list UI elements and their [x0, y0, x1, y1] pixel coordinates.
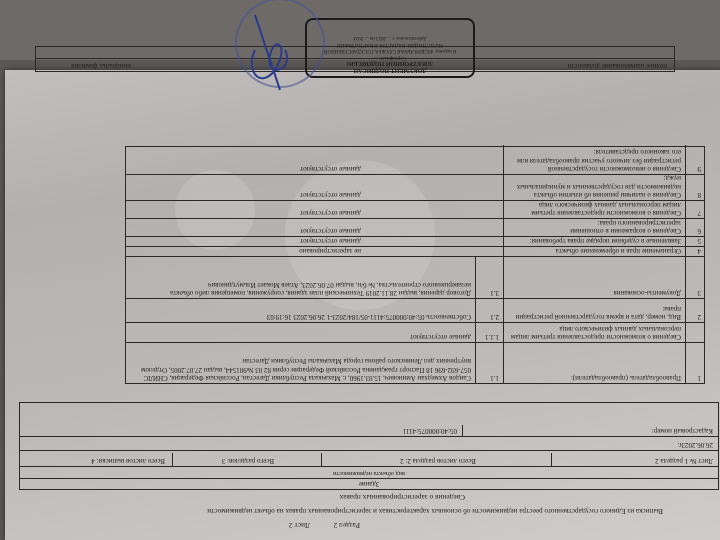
table-row: 3Документы-основания3.1Договор дарения, … [126, 257, 704, 299]
row-value: данные отсутствуют [126, 175, 364, 200]
table-row: 9Сведения о невозможности государственно… [126, 145, 704, 175]
document-title: Выписка из Единого государственного реес… [207, 507, 663, 515]
row-label: Сведения о возможности предоставления тр… [509, 201, 684, 218]
row-subnumber: 2.1 [476, 299, 502, 322]
sheets-total: Всего листов выписки: 4 [20, 453, 168, 466]
row-value: Собственность 05:40:000075:4111-05/184/2… [126, 299, 474, 322]
row-number: 7 [686, 201, 704, 218]
e-sign-sub: ЭЛЕКТРОННОЙ ПОДПИСЬЮ [313, 60, 467, 67]
table-row: 1Правообладатель (правообладатели):1.1Са… [126, 343, 704, 383]
row-value: данные отсутствуют [126, 201, 364, 218]
row-number [686, 323, 704, 342]
row-label: Вид, номер, дата и время государственной… [504, 299, 684, 322]
row-label: Сведения о возражении в отношении зареги… [509, 219, 684, 236]
e-signature-box: ДОКУМЕНТ ПОДПИСАН ЭЛЕКТРОННОЙ ПОДПИСЬЮ С… [305, 18, 475, 78]
row-value: данные отсутствуют [126, 145, 364, 174]
row-value: Саидов Ахмедхан Аминович, 15.03.1960, г.… [126, 343, 474, 383]
table-row: 2Вид, номер, дата и время государственно… [126, 299, 704, 323]
object-type: Здание [20, 479, 718, 489]
row-number: 3 [686, 257, 704, 298]
document-subtitle: Сведения о зарегистрированных правах [340, 493, 466, 502]
row-number: 2 [686, 299, 704, 322]
cadastral-number: 05:40:000075:4111 [20, 425, 460, 436]
table-row: 5Заявленные в судебном порядке права тре… [126, 237, 704, 247]
extract-date: 26.06.2023г. [516, 439, 716, 450]
row-subnumber: 1.1 [476, 343, 502, 383]
position-label: полное наименование должности [470, 59, 670, 71]
cert-line: Владелец: ФЕДЕРАЛЬНАЯ СЛУЖБА ГОСУДАРСТВЕ… [313, 47, 467, 54]
section-label: Раздел 2 [334, 521, 360, 530]
row-label: Сведения о возможности предоставления тр… [504, 323, 684, 342]
handwritten-signature-icon [235, 10, 315, 100]
row-number: 1 [686, 343, 704, 383]
row-label: Ограничение прав и обременение объекта н… [509, 247, 684, 256]
row-value: не зарегистрировано [126, 247, 364, 256]
table-row: 6Сведения о возражении в отношении зарег… [126, 219, 704, 237]
row-label: Документы-основания [504, 257, 684, 298]
row-value: данные отсутствуют [126, 219, 364, 236]
table-row: 8Сведения о наличии решения об изъятии о… [126, 175, 704, 201]
sheets-in-section: Всего листов раздела 2: 2 [328, 453, 548, 466]
row-number: 8 [686, 175, 704, 200]
row-label: Сведения о невозможности государственной… [509, 145, 684, 174]
row-value: данные отсутствуют [126, 237, 364, 246]
cert-line: Сертификат: ... [313, 54, 467, 61]
row-subnumber: 3.1 [476, 257, 502, 298]
sheet-label: Лист 2 [289, 521, 310, 530]
sections-total: Всего разделов: 3 [178, 453, 318, 466]
row-number: 5 [686, 237, 704, 246]
object-type-caption: вид объекта недвижимости [20, 469, 718, 478]
row-number: 4 [686, 247, 704, 256]
object-info-table: Здание вид объекта недвижимости Лист № 1… [19, 402, 719, 490]
e-sign-title: ДОКУМЕНТ ПОДПИСАН [313, 67, 467, 74]
row-number: 6 [686, 219, 704, 236]
sheet-number: Лист № 1 раздела 2 [553, 453, 716, 466]
row-number: 9 [686, 145, 704, 174]
table-row: Сведения о возможности предоставления тр… [126, 323, 704, 343]
cadastral-label: Кадастровый номер: [466, 425, 716, 436]
row-label: Правообладатель (правообладатели): [504, 343, 684, 383]
row-subnumber: 1.1.1 [476, 323, 502, 342]
row-value: Договор дарения, выдан 28.11.2019 Технич… [126, 257, 474, 298]
row-value: данные отсутствуют [126, 323, 474, 342]
cert-line: Действителен: с ... 2023 по ... 2024 [313, 34, 467, 41]
table-row: 4Ограничение прав и обременение объекта … [126, 247, 704, 257]
rotated-photo: Раздел 2 Лист 2 Выписка из Единого госуд… [0, 0, 720, 540]
row-label: Заявленные в судебном порядке права треб… [509, 237, 684, 246]
row-label: Сведения о наличии решения об изъятии об… [509, 175, 684, 200]
document-page: Раздел 2 Лист 2 Выписка из Единого госуд… [5, 70, 720, 540]
signature-caption: инициалы, фамилия [36, 59, 134, 71]
table-row: 7Сведения о возможности предоставления т… [126, 201, 704, 219]
rights-table: 1Правообладатель (правообладатели):1.1Са… [125, 146, 705, 384]
